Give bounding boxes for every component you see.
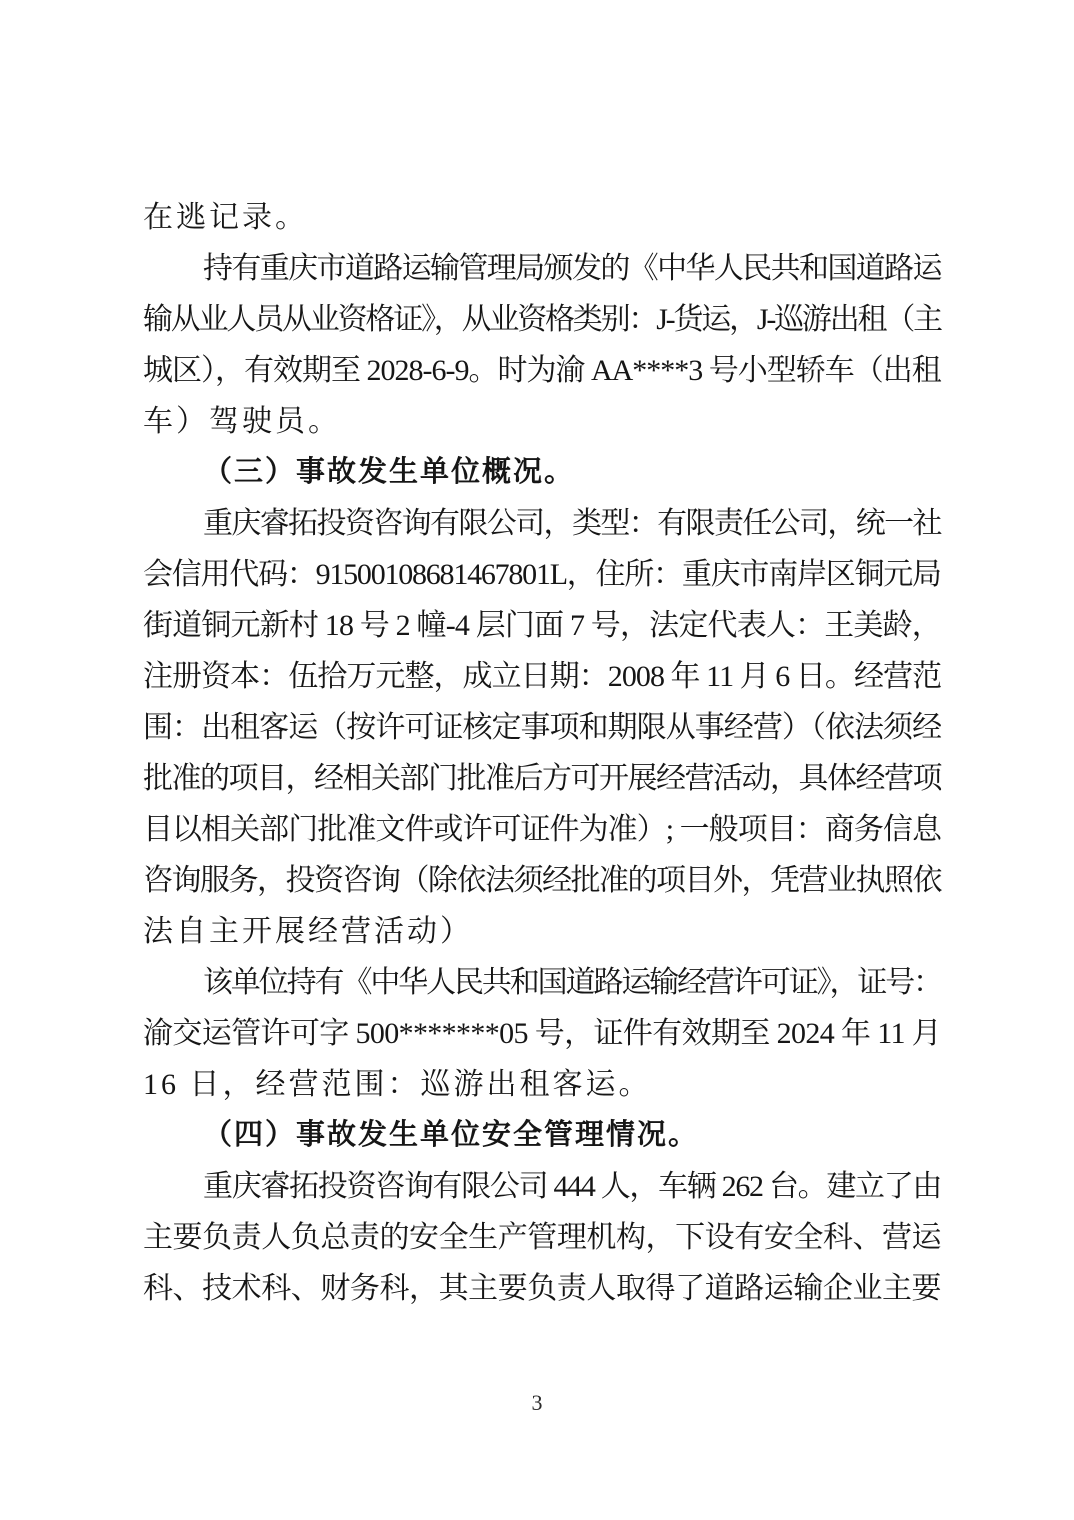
text-line: 输从业人员从业资格证》，从业资格类别：J-货运，J-巡游出租（主	[143, 294, 941, 345]
text-line: 车）驾驶员。	[143, 396, 941, 447]
text-line: 会信用代码：91500108681467801L，住所：重庆市南岸区铜元局	[143, 549, 941, 600]
text-line: 城区），有效期至 2028-6-9。时为渝 AA****3 号小型轿车（出租	[143, 345, 941, 396]
text-line: 街道铜元新村 18 号 2 幢-4 层门面 7 号，法定代表人：王美龄，	[143, 600, 941, 651]
text-line: 围：出租客运（按许可证核定事项和期限从事经营）（依法须经	[143, 702, 941, 753]
page-number: 3	[0, 1390, 1074, 1416]
section-heading-4: （四）事故发生单位安全管理情况。	[143, 1110, 941, 1161]
text-line: 法自主开展经营活动）	[143, 906, 941, 957]
text-line: 重庆睿拓投资咨询有限公司 444 人，车辆 262 台。建立了由	[143, 1161, 941, 1212]
text-line: 渝交运管许可字 500*******05 号，证件有效期至 2024 年 11 …	[143, 1008, 941, 1059]
text-line: 注册资本：伍拾万元整，成立日期：2008 年 11 月 6 日。经营范	[143, 651, 941, 702]
text-line: 16 日，经营范围：巡游出租客运。	[143, 1059, 941, 1110]
text-line: 主要负责人负总责的安全生产管理机构，下设有安全科、营运	[143, 1212, 941, 1263]
document-page: 在逃记录。 持有重庆市道路运输管理局颁发的《中华人民共和国道路运 输从业人员从业…	[0, 0, 1074, 1520]
text-line: 该单位持有《中华人民共和国道路运输经营许可证》，证号：	[143, 957, 941, 1008]
text-line: 咨询服务，投资咨询（除依法须经批准的项目外，凭营业执照依	[143, 855, 941, 906]
document-body: 在逃记录。 持有重庆市道路运输管理局颁发的《中华人民共和国道路运 输从业人员从业…	[143, 192, 941, 1314]
text-line: 科、技术科、财务科，其主要负责人取得了道路运输企业主要	[143, 1263, 941, 1314]
text-line: 目以相关部门批准文件或许可证件为准）; 一般项目：商务信息	[143, 804, 941, 855]
text-line: 在逃记录。	[143, 192, 941, 243]
text-line: 批准的项目，经相关部门批准后方可开展经营活动，具体经营项	[143, 753, 941, 804]
section-heading-3: （三）事故发生单位概况。	[143, 447, 941, 498]
text-line: 持有重庆市道路运输管理局颁发的《中华人民共和国道路运	[143, 243, 941, 294]
text-line: 重庆睿拓投资咨询有限公司，类型：有限责任公司，统一社	[143, 498, 941, 549]
